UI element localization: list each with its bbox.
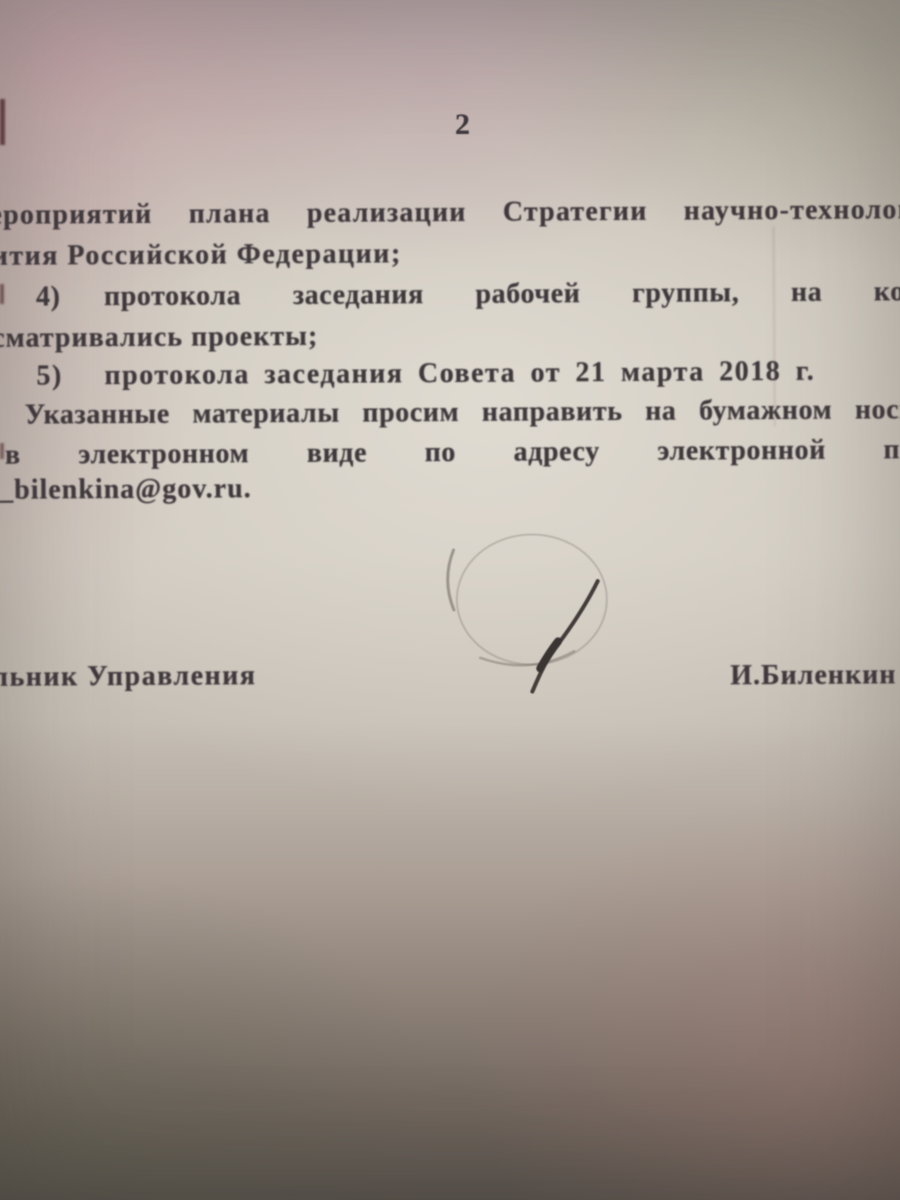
photo-edge-artifact: [0, 443, 4, 459]
list-marker: 5): [36, 362, 104, 390]
document-line: Указанные материалы просим направить на …: [25, 396, 900, 430]
list-marker: 4): [36, 283, 104, 311]
signature-name: И.Биленкин: [730, 661, 896, 690]
document-line-text: протокола заседания рабочей группы, на к…: [104, 276, 900, 312]
photo-edge-artifact: [0, 99, 5, 145]
document-line: в электронном виде по адресу электронной…: [5, 436, 900, 470]
document-list-line: 4)протокола заседания рабочей группы, на…: [36, 278, 900, 312]
paper-crease-artifact: [773, 226, 776, 426]
signature-title: льник Управления: [0, 662, 257, 692]
document-line: сматривались проекты;: [0, 323, 318, 353]
photo-edge-artifact: [0, 284, 4, 304]
photographed-document-page: 2 ероприятий плана реализации Стратегии …: [0, 0, 900, 1200]
page-content: 2 ероприятий плана реализации Стратегии …: [0, 0, 900, 1200]
document-list-line: 5)протокола заседания Совета от 21 марта…: [36, 358, 815, 391]
handwritten-pen-mark: [401, 509, 662, 721]
document-line: ития Российской Федерации;: [0, 240, 402, 271]
email-address-line: _bilenkina@gov.ru.: [0, 475, 252, 505]
document-line: ероприятий плана реализации Стратегии на…: [0, 196, 900, 230]
page-number: 2: [455, 110, 471, 140]
document-line-text: протокола заседания Совета от 21 марта 2…: [104, 356, 815, 391]
